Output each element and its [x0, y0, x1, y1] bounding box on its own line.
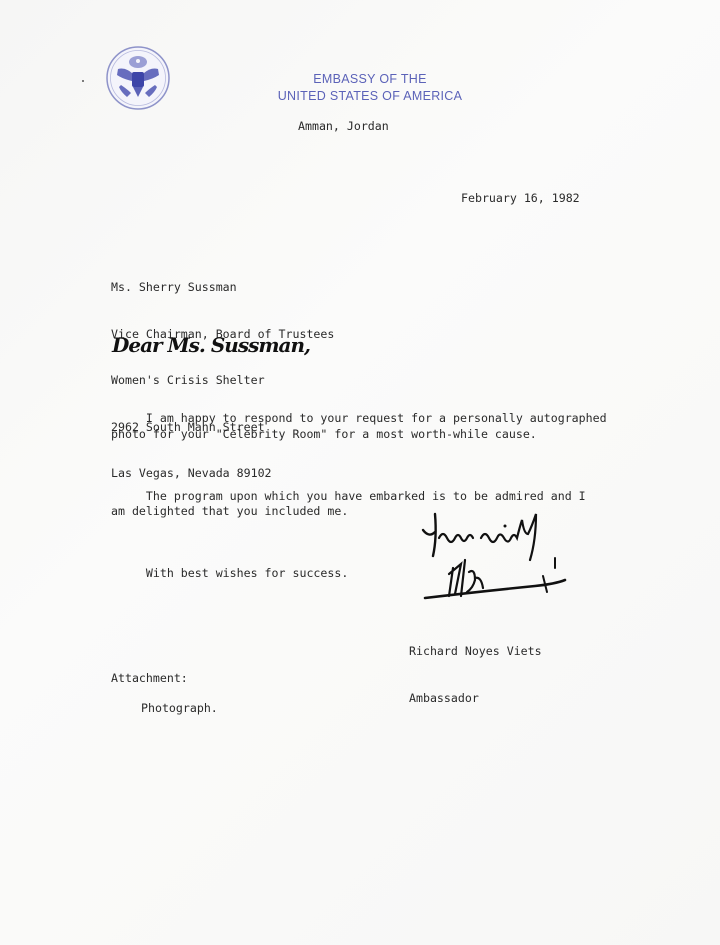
paper-speck — [82, 80, 84, 82]
signer-name: Richard Noyes Viets — [409, 644, 542, 660]
address-line: Ms. Sherry Sussman — [111, 280, 334, 296]
letterhead: EMBASSY OF THE UNITED STATES OF AMERICA — [250, 71, 490, 105]
letterhead-line-2: UNITED STATES OF AMERICA — [250, 88, 490, 105]
attachment-item: Photograph. — [141, 701, 218, 717]
signer-title: Ambassador — [409, 691, 542, 707]
signer-block: Richard Noyes Viets Ambassador — [409, 613, 542, 737]
letter-date: February 16, 1982 — [461, 191, 580, 207]
great-seal-icon — [105, 45, 171, 111]
letterhead-city: Amman, Jordan — [298, 119, 389, 135]
letterhead-line-1: EMBASSY OF THE — [250, 71, 490, 88]
body-paragraph: I am happy to respond to your request fo… — [111, 411, 607, 442]
handwritten-signature-icon — [415, 508, 595, 608]
attachment-label: Attachment: — [111, 671, 188, 687]
handwritten-salutation: Dear Ms. Sussman, — [112, 333, 310, 357]
letter-page: EMBASSY OF THE UNITED STATES OF AMERICA … — [0, 0, 720, 945]
